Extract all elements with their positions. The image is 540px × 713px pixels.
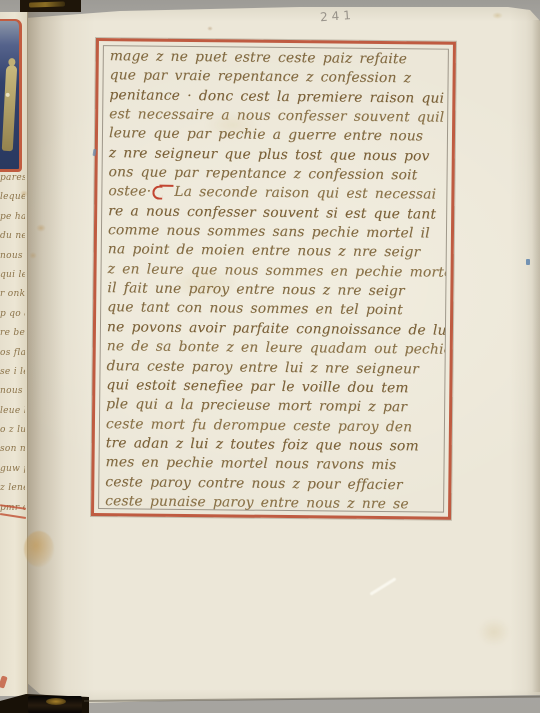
paraph-mark (152, 185, 173, 198)
facing-page-text-fragments: pares lequeu pe has du netal nous sa qui… (0, 169, 25, 518)
text-fragment: o z lu (0, 421, 25, 440)
facing-page-red-edge (0, 675, 8, 688)
text-fragment: p qo ail (0, 305, 25, 324)
manuscript-line-segment: ostee· (108, 184, 151, 200)
text-fragment: se i le (0, 363, 25, 382)
text-fragment: du netal (0, 227, 25, 246)
manuscript-photo: 241 mage z ne puet estre ceste paiz refa… (0, 0, 540, 713)
manuscript-text-block: mage z ne puet estre ceste paiz refaite … (105, 47, 448, 515)
folio-number: 241 (320, 8, 356, 24)
text-fragment: r onk se (0, 285, 25, 304)
text-fragment: son nol (0, 440, 25, 459)
text-fragment: nous om (0, 382, 25, 401)
manuscript-line-segment: La seconde raison qui est necessai (174, 184, 436, 203)
clasp-gold-glint (46, 698, 66, 705)
text-fragment: re bee (0, 324, 25, 343)
text-fragment: pe has (0, 208, 25, 227)
text-fragment: lequeu (0, 188, 25, 207)
miniature (0, 19, 22, 172)
text-fragment: guw p (0, 460, 25, 479)
facing-page-sliver: pares lequeu pe has du netal nous sa qui… (0, 12, 28, 696)
text-fragment: nous sa (0, 247, 25, 266)
text-fragment: pares (0, 169, 25, 188)
text-fragment: qui le ma (0, 266, 25, 285)
text-fragment: leue bou (0, 402, 25, 421)
top-binding (20, 0, 81, 12)
text-frame: mage z ne puet estre ceste paiz refaite … (91, 38, 456, 520)
kneeling-figure (2, 65, 17, 151)
manuscript-line: ceste punaise paroy entre nous z nre se (105, 492, 443, 515)
text-fragment: z lenel (0, 479, 25, 498)
text-fragment: os fla (0, 344, 25, 363)
